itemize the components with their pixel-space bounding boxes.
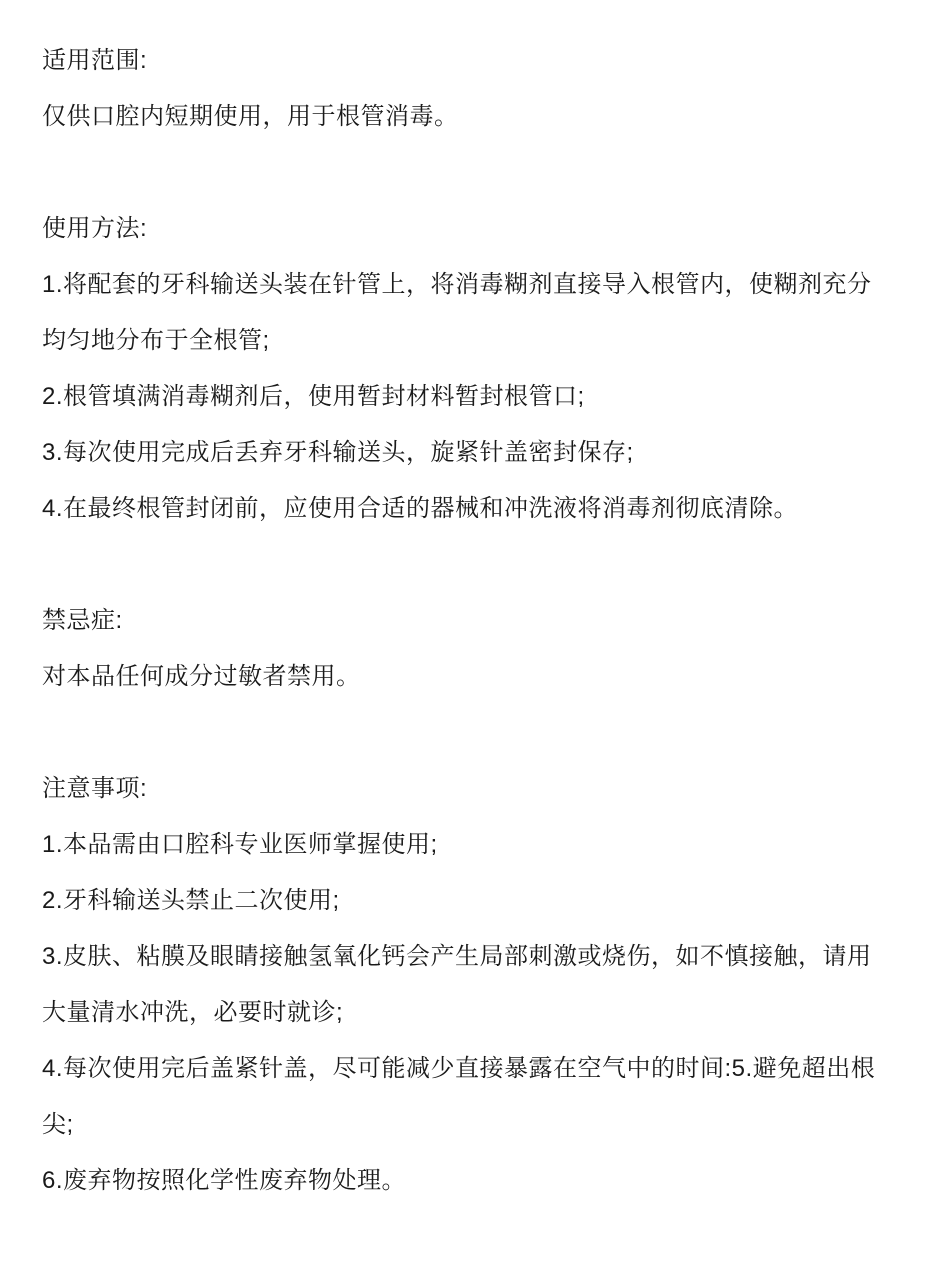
section-heading: 禁忌症: xyxy=(42,593,906,649)
text-line: 1.将配套的牙科输送头装在针管上，将消毒糊剂直接导入根管内，使糊剂充分 xyxy=(42,257,906,313)
document-page: 适用范围: 仅供口腔内短期使用，用于根管消毒。 使用方法: 1.将配套的牙科输送… xyxy=(0,0,948,1285)
section-scope: 适用范围: 仅供口腔内短期使用，用于根管消毒。 xyxy=(42,33,906,145)
section-contraindications: 禁忌症: 对本品任何成分过敏者禁用。 xyxy=(42,593,906,705)
text-line: 2.根管填满消毒糊剂后，使用暂封材料暂封根管口; xyxy=(42,369,906,425)
section-heading: 使用方法: xyxy=(42,201,906,257)
text-line: 3.每次使用完成后丢弃牙科输送头，旋紧针盖密封保存; xyxy=(42,425,906,481)
text-line: 均匀地分布于全根管; xyxy=(42,313,906,369)
section-heading: 适用范围: xyxy=(42,33,906,89)
text-line: 2.牙科输送头禁止二次使用; xyxy=(42,873,906,929)
text-line: 4.每次使用完后盖紧针盖，尽可能减少直接暴露在空气中的时间:5.避免超出根 xyxy=(42,1041,906,1097)
text-line: 1.本品需由口腔科专业医师掌握使用; xyxy=(42,817,906,873)
text-line: 尖; xyxy=(42,1097,906,1153)
text-line: 4.在最终根管封闭前，应使用合适的器械和冲洗液将消毒剂彻底清除。 xyxy=(42,481,906,537)
text-line: 6.废弃物按照化学性废弃物处理。 xyxy=(42,1153,906,1209)
text-line: 仅供口腔内短期使用，用于根管消毒。 xyxy=(42,89,906,145)
section-heading: 注意事项: xyxy=(42,761,906,817)
text-line: 3.皮肤、粘膜及眼睛接触氢氧化钙会产生局部刺激或烧伤，如不慎接触，请用 xyxy=(42,929,906,985)
text-line: 对本品任何成分过敏者禁用。 xyxy=(42,649,906,705)
section-usage: 使用方法: 1.将配套的牙科输送头装在针管上，将消毒糊剂直接导入根管内，使糊剂充… xyxy=(42,201,906,537)
section-precautions: 注意事项: 1.本品需由口腔科专业医师掌握使用; 2.牙科输送头禁止二次使用; … xyxy=(42,761,906,1209)
text-line: 大量清水冲洗，必要时就诊; xyxy=(42,985,906,1041)
